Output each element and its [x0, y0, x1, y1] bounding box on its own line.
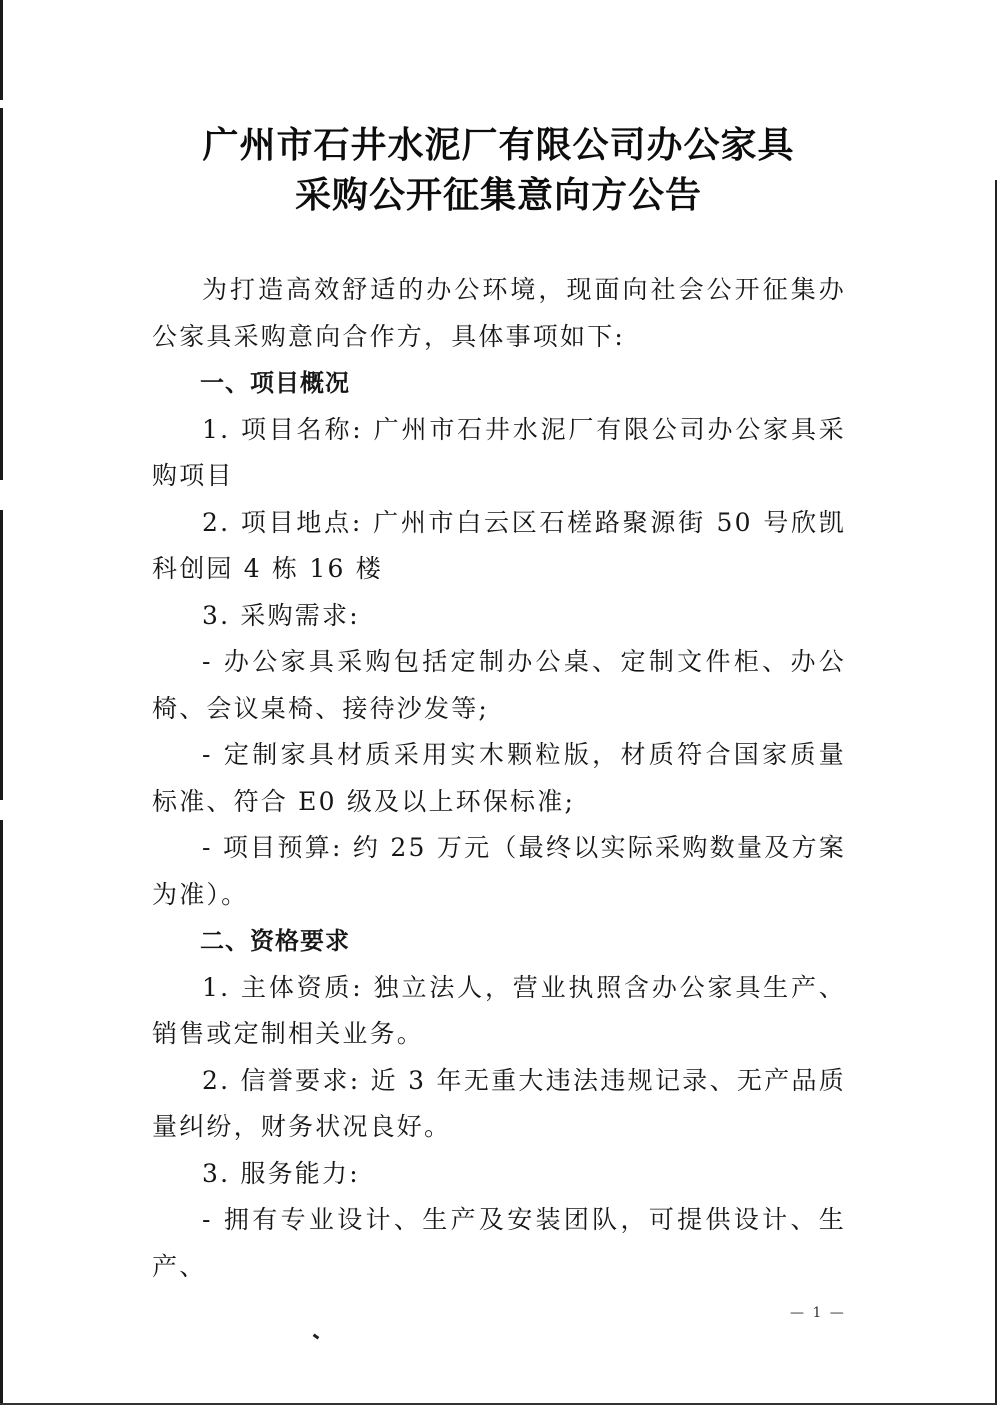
document-title: 广州市石井水泥厂有限公司办公家具 采购公开征集意向方公告: [0, 120, 997, 220]
overview-item-requirements: 3. 采购需求:: [152, 593, 846, 640]
qualification-reputation: 2. 信誉要求: 近 3 年无重大违法违规记录、无产品质量纠纷，财务状况良好。: [152, 1058, 846, 1151]
qualification-entity: 1. 主体资质: 独立法人，营业执照含办公家具生产、销售或定制相关业务。: [152, 965, 846, 1058]
requirement-budget: - 项目预算: 约 25 万元（最终以实际采购数量及方案为准）。: [152, 825, 846, 918]
intro-paragraph: 为打造高效舒适的办公环境，现面向社会公开征集办公家具采购意向合作方，具体事项如下…: [152, 267, 846, 360]
scan-speck: [313, 1334, 320, 1340]
qualification-service: 3. 服务能力:: [152, 1151, 846, 1198]
overview-item-location: 2. 项目地点: 广州市白云区石槎路聚源街 50 号欣凯科创园 4 栋 16 楼: [152, 500, 846, 593]
service-team: - 拥有专业设计、生产及安装团队，可提供设计、生产、: [152, 1197, 846, 1290]
requirement-material: - 定制家具材质采用实木颗粒版，材质符合国家质量标准、符合 E0 级及以上环保标…: [152, 732, 846, 825]
page-number: — 1 —: [790, 1305, 846, 1321]
title-line-2: 采购公开征集意向方公告: [0, 170, 997, 220]
document-body: 为打造高效舒适的办公环境，现面向社会公开征集办公家具采购意向合作方，具体事项如下…: [152, 267, 846, 1290]
section-heading-qualifications: 二、资格要求: [152, 918, 846, 965]
overview-item-name: 1. 项目名称: 广州市石井水泥厂有限公司办公家具采购项目: [152, 407, 846, 500]
requirement-furniture-list: - 办公家具采购包括定制办公桌、定制文件柜、办公椅、会议桌椅、接待沙发等;: [152, 639, 846, 732]
section-heading-overview: 一、项目概况: [152, 360, 846, 407]
title-line-1: 广州市石井水泥厂有限公司办公家具: [0, 120, 997, 170]
